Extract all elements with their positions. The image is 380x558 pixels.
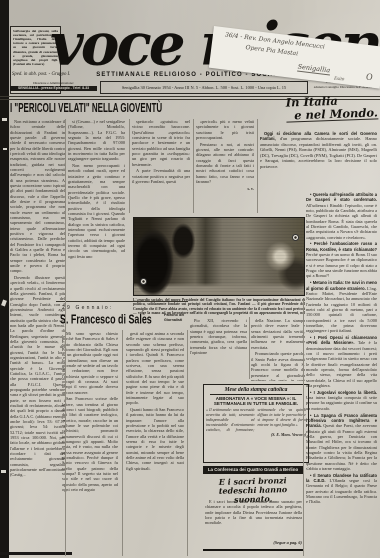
berlin-continuation: (Segue a pag. 6) — [205, 540, 302, 545]
world-title-line2: e nel Mondo. — [286, 106, 378, 123]
world-item: • Querela sull'episodio attribuito a De … — [306, 192, 377, 240]
lead-column-4: «pericoli» più o meno velati specialment… — [196, 119, 254, 214]
sales-column-4: della Nazione. La stampa perciò deve ess… — [251, 318, 305, 381]
sales-col1-paragraph: San Francesco scrisse delle lettere, una… — [62, 396, 118, 492]
admin-line2: SENIGALLIA - presso Episcopio - Telef. 8… — [10, 86, 97, 91]
berlin-body: E i sacri bronzi della Germania hanno su… — [205, 499, 302, 539]
sales-subtitle-line: Giornalisti — [164, 318, 192, 323]
world-item: • I Jugoslavi scelgono la libertà. Una i… — [306, 390, 377, 411]
admin-address-box: Direzione e Amministrazione: SENIGALLIA … — [10, 81, 97, 91]
lead-col4-paragraph: Pensiamo a noi, ai nostri giovani, alle … — [196, 142, 254, 185]
world-item-body: Perché questo è un uomo di Bonn. Il suo … — [306, 252, 377, 278]
world-item-body: Tale è la denominazione data dai vescovi… — [306, 340, 377, 388]
column-rule — [129, 119, 130, 213]
world-items: • Querela sull'episodio attribuito a De … — [306, 192, 377, 556]
sales-col4-paragraph: della Nazione. La stampa perciò deve ess… — [251, 318, 305, 350]
world-item: • Perché l'ambasciatore russo a Roma, Ko… — [306, 241, 377, 278]
slip-handwritten-mark: O — [366, 72, 373, 82]
press-box-title: Mese della stampa cattolica — [210, 387, 302, 395]
section-divider — [56, 301, 188, 302]
lead-column-1: Non esitiamo a considerare il fulcro cen… — [10, 119, 65, 556]
press-box-attribution: (S. E. Mons. Vescovo) — [206, 433, 306, 437]
lead-col4-paragraph: «pericoli» più o meno velati specialment… — [196, 119, 254, 140]
newspaper-page: Sull'energia dei giovani, sulla coscienz… — [0, 0, 380, 558]
lead-col3-paragraph: A parte l'eventualità di una votazione p… — [132, 168, 190, 184]
world-item-body: All'udienza i Rinaldi: l'episodio, come … — [306, 203, 377, 240]
photo-registration-dot — [292, 234, 299, 241]
scan-artifact — [2, 118, 7, 121]
sales-col2-paragraph: gesti ad ogni anima a seconda delle esig… — [126, 331, 184, 406]
column-rule — [303, 300, 304, 556]
world-lede-paragraph: Oggi si decidono alla Camera le sorti de… — [260, 131, 377, 169]
slip-handwritten-note: Esito — [334, 77, 345, 83]
lead-col1-paragraph: Non esitiamo a considerare il fulcro cen… — [10, 119, 65, 274]
world-lede: Oggi si decidono alla Camera le sorti de… — [260, 131, 377, 189]
world-item-lead: • Perché l'ambasciatore russo a Roma, Ko… — [306, 241, 377, 251]
scan-edge-strip — [0, 0, 9, 558]
world-lede-body: d'un programma dichiaratamente sociale. … — [260, 136, 377, 168]
column-rule — [122, 330, 123, 556]
issue-info-box: Senigallia 30 Gennaio 1954 - Anno III N.… — [100, 81, 308, 94]
lead-col1-paragraph: Dovendo illustrare questi «pericoli vela… — [10, 275, 65, 477]
column-rule — [65, 119, 66, 556]
sales-column-1: Mi sono spesso chiesto perché San France… — [62, 331, 118, 556]
sales-column-3: Pio XII, ricevendo i giornalisti, ricord… — [190, 318, 247, 381]
sales-col4-paragraph: Pronunciando queste parole, il Santo Pad… — [251, 351, 305, 381]
world-item: • La Spagna di Franco alimenta l'offensi… — [306, 413, 377, 472]
sales-col2-paragraph: Quanti hanno di San Francesco il patrono… — [126, 407, 184, 471]
world-item-lead: • Querela sull'episodio attribuito a De … — [306, 192, 377, 202]
lead-signature: s. v. — [196, 186, 254, 191]
lead-column-3: spettacolo «gratuito» nel vicino recondi… — [132, 119, 190, 214]
world-column-title: In Italia e nel Mondo. — [286, 93, 379, 122]
press-month-box: Mese della stampa cattolica ABBONATEVI A… — [203, 384, 309, 463]
world-item-body: Questi due Paesi, che avevano rifiutato … — [306, 423, 377, 471]
sales-column-2: gesti ad ogni anima a seconda delle esig… — [126, 331, 184, 556]
sales-subtitle: Patrono dei Giornalisti — [164, 313, 192, 322]
berlin-paragraph: E i sacri bronzi della Germania hanno su… — [205, 499, 302, 526]
column-rule — [187, 330, 188, 556]
berlin-conference-bar: La Conferenza dei Quattro Grandi a Berli… — [203, 466, 303, 474]
lead-headline: I "PERICOLI VELATI" NELLA GIOVENTÙ — [10, 101, 144, 116]
lead-col2-paragraph: Non meno preoccupanti i metodi: raduni r… — [68, 163, 125, 259]
scan-artifact — [1, 470, 6, 473]
lead-column-2: si (Cesano...) e nel senigallese (Vallon… — [68, 119, 125, 297]
world-item: • Metano in Italia: tre navi in meno al … — [306, 280, 377, 333]
world-item-body: Una intera famiglia composta di sette pe… — [306, 395, 377, 411]
sales-title-block: S. Francesco di Sales Patrono dei Giorna… — [60, 312, 192, 329]
world-item: • Il Senato Olandese ha ratificato la C.… — [306, 473, 377, 505]
lead-col2-paragraph: si (Cesano...) e nel senigallese (Vallon… — [68, 119, 125, 162]
column-rule — [193, 119, 194, 213]
slip-city-line: Senigallia — [297, 63, 331, 76]
column-rule — [249, 317, 250, 379]
column-rule — [257, 119, 258, 213]
world-item-body: L'ing. Enrico Mattei, Presidente dell'En… — [306, 286, 377, 334]
world-item: • I Preti Operai si chiameranno «Preti d… — [306, 335, 377, 388]
sales-kicker: 29 Gennaio: — [62, 305, 188, 311]
photo-registration-dot — [140, 278, 147, 285]
press-box-lead: ABBONATEVI A « VOCE MISENA »: IL SETTIMA… — [206, 396, 306, 408]
scan-artifact — [3, 148, 7, 150]
press-box-quote: « Il settimanale: una necessità avvertit… — [206, 408, 306, 432]
news-photo — [133, 217, 305, 296]
berlin-bottom-rule — [203, 549, 303, 551]
sales-col1-paragraph: Mi sono spesso chiesto perché San France… — [62, 331, 118, 395]
sales-col3-paragraph: Pio XII, ricevendo i giornalisti, ricord… — [190, 318, 247, 355]
lead-col3-paragraph: spettacolo «gratuito» nel vicino recondi… — [132, 119, 190, 167]
world-item-lead: • I Jugoslavi scelgono la libertà. — [310, 390, 377, 395]
sales-title: S. Francesco di Sales — [60, 312, 172, 327]
admin-line1: Direzione e Amministrazione: — [10, 81, 97, 85]
